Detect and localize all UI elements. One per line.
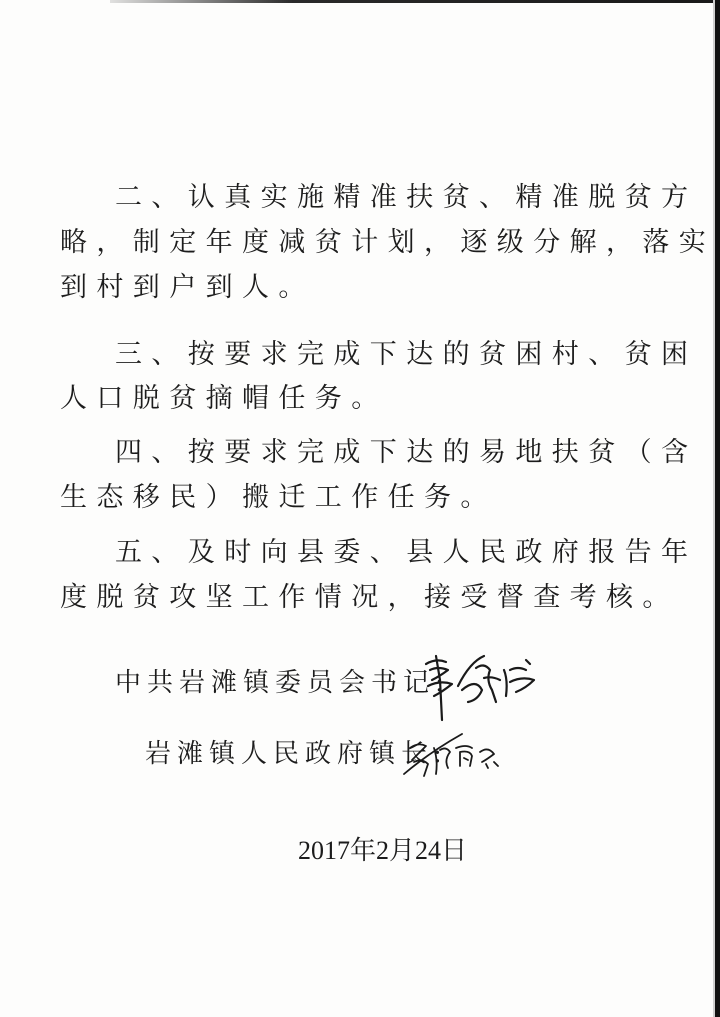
party-secretary-label: 中共岩滩镇委员会书记: (115, 666, 450, 700)
paragraph-item-5-line-1: 五、及时向县委、县人民政府报告年 (115, 536, 697, 570)
paragraph-item-4-line-2: 生态移民）搬迁工作任务。 (60, 481, 497, 515)
paragraph-item-5-line-2: 度脱贫攻坚工作情况，接受督查考核。 (60, 581, 679, 615)
document-page: 二、认真实施精准扶贫、精准脱贫方 略，制定年度减贫计划，逐级分解，落实 到村到户… (0, 0, 720, 1017)
paragraph-item-2-line-2: 略，制定年度减贫计划，逐级分解，落实 (60, 226, 715, 260)
scan-right-edge (715, 0, 720, 1017)
paragraph-item-3-line-2: 人口脱贫摘帽任务。 (60, 382, 388, 416)
paragraph-item-3-line-1: 三、按要求完成下达的贫困村、贫困 (115, 338, 697, 372)
paragraph-item-4-line-1: 四、按要求完成下达的易地扶贫（含 (115, 436, 697, 470)
scan-top-edge (110, 0, 720, 3)
town-mayor-signature-icon (400, 730, 510, 780)
party-secretary-signature-icon (418, 650, 548, 725)
paragraph-item-2-line-1: 二、认真实施精准扶贫、精准脱贫方 (115, 181, 697, 215)
paragraph-item-2-line-3: 到村到户到人。 (60, 271, 315, 305)
document-date: 2017年2月24日 (298, 835, 467, 867)
